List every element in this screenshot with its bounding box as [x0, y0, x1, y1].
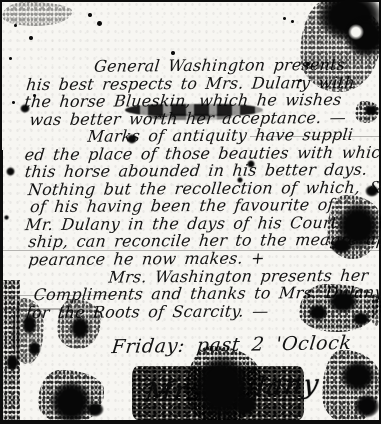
ink-blotch	[28, 341, 41, 356]
crease-line	[0, 250, 381, 251]
ink-dot	[29, 36, 33, 40]
ink-dot	[33, 94, 36, 97]
ink-blotch	[352, 312, 370, 326]
ink-dot	[291, 20, 294, 23]
ink-speckle-cluster	[371, 294, 381, 326]
ink-dot	[12, 101, 15, 104]
letter-body: General Washington presentshis best resp…	[0, 56, 381, 322]
ink-blotch	[354, 394, 380, 418]
ink-dot	[9, 57, 12, 60]
ink-dot	[171, 51, 175, 55]
ink-speckle-cluster	[2, 2, 72, 26]
scan-edge-bottom	[0, 420, 381, 424]
ink-dot	[97, 21, 102, 26]
ink-dot	[306, 62, 310, 66]
scanned-letter-page: General Washington presentshis best resp…	[0, 0, 381, 424]
paper-hole	[348, 24, 364, 40]
ink-blotch	[86, 402, 104, 417]
ink-dot	[299, 79, 302, 82]
ink-dot	[88, 13, 92, 17]
crease-line	[250, 136, 381, 137]
ink-dot	[283, 17, 286, 20]
scan-edge-left	[0, 150, 3, 424]
ink-dot	[14, 24, 17, 27]
ink-smudge-streak	[148, 114, 232, 120]
